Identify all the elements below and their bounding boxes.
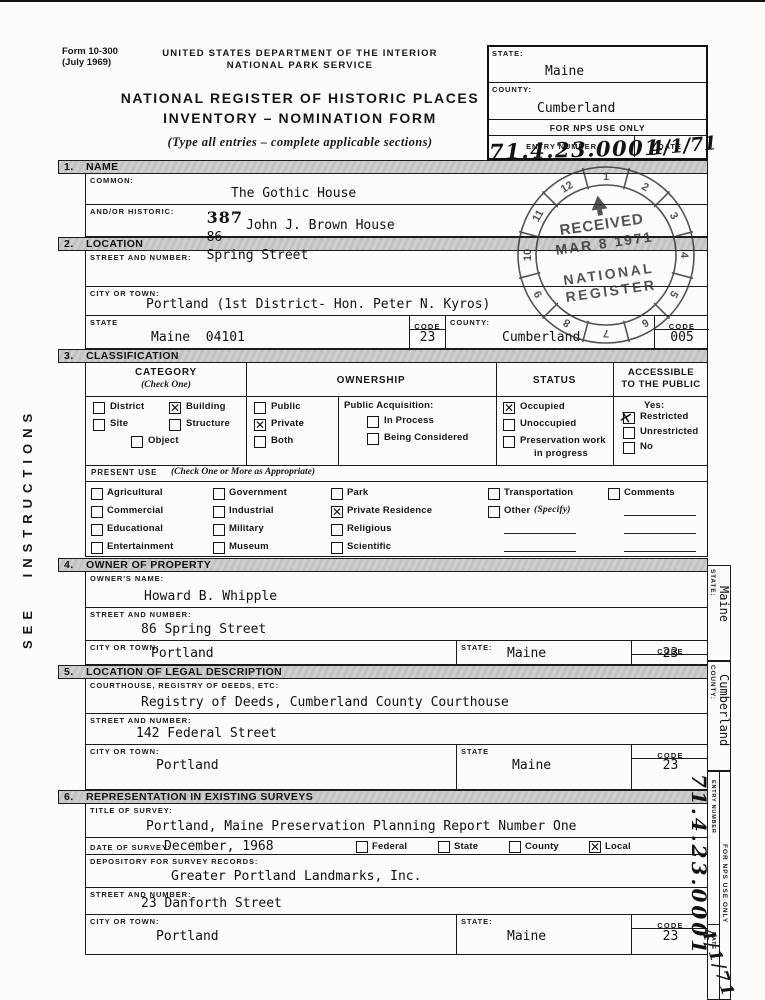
form-title-line1: NATIONAL REGISTER OF HISTORIC PLACES <box>105 88 495 108</box>
survey-state-value: Maine <box>507 929 546 944</box>
section-6-number: 6. <box>59 791 86 803</box>
owner-code-value: 23 <box>632 646 709 661</box>
owner-name-field: OWNER'S NAME: Howard B. Whipple <box>86 572 707 608</box>
legal-city-label: CITY OR TOWN: <box>90 747 159 756</box>
checkbox-government-label: Government <box>229 487 287 498</box>
section-3-number: 3. <box>59 350 86 362</box>
category-subheader: (Check One) <box>86 380 246 390</box>
section-5-number: 5. <box>59 666 86 678</box>
section-4-title: OWNER OF PROPERTY <box>86 559 211 571</box>
state-label: STATE: <box>492 49 523 58</box>
accessible-header-line2: TO THE PUBLIC <box>613 379 709 390</box>
section-3-bar: 3. CLASSIFICATION <box>58 349 708 363</box>
scan-edge-line <box>0 0 765 2</box>
courthouse-field: COURTHOUSE, REGISTRY OF DEEDS, ETC: Regi… <box>86 679 707 714</box>
form-number-block: Form 10-300 (July 1969) <box>62 46 118 68</box>
checkbox-agricultural[interactable] <box>91 488 103 500</box>
owner-state-value: Maine <box>507 646 546 661</box>
nps-county-row: COUNTY: Cumberland <box>489 83 706 120</box>
owner-city-label: CITY OR TOWN: <box>90 643 159 652</box>
checkbox-military[interactable] <box>213 524 225 536</box>
owner-street-label: STREET AND NUMBER: <box>90 610 191 619</box>
checkbox-site[interactable] <box>93 419 105 431</box>
checkbox-entertainment[interactable] <box>91 542 103 554</box>
owner-street-value: 86 Spring Street <box>141 622 266 637</box>
checkbox-agricultural-label: Agricultural <box>107 487 163 498</box>
state-code-cell: CODE 23 <box>409 316 445 348</box>
checkbox-unoccupied[interactable] <box>503 419 515 431</box>
see-instructions-margin: SEE INSTRUCTIONS <box>20 362 46 694</box>
checkbox-military-label: Military <box>229 523 264 534</box>
form-title-line2: INVENTORY – NOMINATION FORM <box>105 108 495 128</box>
entry-number-handwritten: 71.4.23.0001 <box>489 135 661 164</box>
state-label: STATE <box>90 318 118 327</box>
checkbox-industrial[interactable] <box>213 506 225 518</box>
stamp-clock-7: 7 <box>603 327 609 339</box>
checkbox-structure-label: Structure <box>186 418 230 429</box>
comments-blank-line-3[interactable] <box>624 551 696 552</box>
survey-date-label: DATE OF SURVEY: <box>90 843 171 852</box>
county-label: COUNTY: <box>492 85 532 94</box>
checkbox-federal-label: Federal <box>372 841 407 852</box>
checkbox-object-label: Object <box>148 435 179 446</box>
survey-city-value: Portland <box>156 929 219 944</box>
checkbox-object[interactable] <box>131 436 143 448</box>
legal-city-value: Portland <box>156 758 219 773</box>
county-label: COUNTY: <box>450 318 490 327</box>
checkbox-in-process-label: In Process <box>384 415 434 426</box>
checkbox-religious[interactable] <box>331 524 343 536</box>
category-header: CATEGORY <box>86 367 246 378</box>
section-5-legal: COURTHOUSE, REGISTRY OF DEEDS, ETC: Regi… <box>85 679 708 790</box>
sidebar-state-label: STATE: <box>709 569 716 596</box>
type-all-entries-note: (Type all entries – complete applicable … <box>105 135 495 150</box>
legal-city-row: CITY OR TOWN: Portland STATE Maine CODE … <box>86 745 707 790</box>
checkbox-park[interactable] <box>331 488 343 500</box>
survey-title-field: TITLE OF SURVEY: Portland, Maine Preserv… <box>86 804 707 838</box>
survey-date-value: December, 1968 <box>164 839 274 854</box>
legal-state-cell: STATE Maine <box>456 745 631 789</box>
checkbox-comments-label: Comments <box>624 487 675 498</box>
received-stamp: 1 2 3 4 5 6 7 8 9 10 11 12 RECEIVED MAR … <box>493 162 719 348</box>
state-code-value: 23 <box>410 330 445 345</box>
checkbox-private-residence[interactable] <box>331 506 343 518</box>
city-value: Portland (1st District- Hon. Peter N. Ky… <box>146 297 490 312</box>
checkbox-museum-label: Museum <box>229 541 269 552</box>
checkbox-industrial-label: Industrial <box>229 505 274 516</box>
county-value: Cumberland <box>537 101 615 116</box>
nomination-form-page: Form 10-300 (July 1969) UNITED STATES DE… <box>0 0 765 1000</box>
survey-city-row: CITY OR TOWN: Portland STATE: Maine CODE… <box>86 915 707 955</box>
checkbox-educational-label: Educational <box>107 523 163 534</box>
depository-field: DEPOSITORY FOR SURVEY RECORDS: Greater P… <box>86 855 707 888</box>
accessible-header-line1: ACCESSIBLE <box>613 367 709 378</box>
checkbox-county[interactable] <box>509 841 521 853</box>
checkbox-state[interactable] <box>438 841 450 853</box>
checkbox-public-label: Public <box>271 401 301 412</box>
checkbox-preservation-work[interactable] <box>503 436 515 448</box>
public-acquisition-label: Public Acquisition: <box>344 400 433 411</box>
checkbox-restricted[interactable] <box>623 412 635 424</box>
section-3-classification: CATEGORY (Check One) OWNERSHIP STATUS AC… <box>85 363 708 557</box>
checkbox-federal[interactable] <box>356 841 368 853</box>
stamp-clock-4: 4 <box>678 252 690 259</box>
section-2-title: LOCATION <box>86 238 143 250</box>
courthouse-label: COURTHOUSE, REGISTRY OF DEEDS, ETC: <box>90 681 279 690</box>
comments-blank-line-2[interactable] <box>624 533 696 534</box>
checkbox-district[interactable] <box>93 402 105 414</box>
owner-code-cell: CODE 23 <box>631 641 709 664</box>
nps-state-row: STATE: Maine <box>489 47 706 83</box>
checkbox-unrestricted[interactable] <box>623 427 635 439</box>
form-number: Form 10-300 <box>62 46 118 57</box>
checkbox-unrestricted-label: Unrestricted <box>640 426 698 437</box>
checkbox-government[interactable] <box>213 488 225 500</box>
stamp-clock-6: 6 <box>639 316 650 329</box>
checkbox-both[interactable] <box>254 436 266 448</box>
owner-name-label: OWNER'S NAME: <box>90 574 164 583</box>
present-use-sublabel: (Check One or More as Appropriate) <box>171 467 315 477</box>
survey-title-label: TITLE OF SURVEY: <box>90 806 172 815</box>
checkbox-in-process[interactable] <box>367 416 379 428</box>
state-value: Maine 04101 <box>151 330 245 345</box>
historic-name-label: AND/OR HISTORIC: <box>90 207 174 216</box>
checkbox-local[interactable] <box>589 841 601 853</box>
stamp-clock-3: 3 <box>667 210 680 221</box>
survey-date-row: DATE OF SURVEY: December, 1968 Federal S… <box>86 838 707 855</box>
stamp-clock-8: 8 <box>561 316 572 329</box>
street-name-value: Spring Street <box>207 248 309 263</box>
checkbox-building-label: Building <box>186 401 226 412</box>
checkbox-comments[interactable] <box>608 488 620 500</box>
present-use-label: PRESENT USE <box>91 468 157 477</box>
checkbox-scientific-label: Scientific <box>347 541 391 552</box>
survey-street-field: STREET AND NUMBER: 23 Danforth Street <box>86 888 707 915</box>
checkbox-restricted-label: Restricted <box>640 411 688 422</box>
checkbox-being-considered-label: Being Considered <box>384 432 469 443</box>
checkbox-public[interactable] <box>254 402 266 414</box>
survey-title-value: Portland, Maine Preservation Planning Re… <box>146 819 576 834</box>
checkbox-private-residence-label: Private Residence <box>347 505 432 516</box>
checkbox-other[interactable] <box>488 506 500 518</box>
checkbox-entertainment-label: Entertainment <box>107 541 173 552</box>
checkbox-transportation[interactable] <box>488 488 500 500</box>
street-number-struck: 86 <box>207 230 223 245</box>
stamp-clock-5: 5 <box>667 288 680 299</box>
sidebar-date-handwritten: 4/1/71 <box>697 926 738 1000</box>
agency-block: UNITED STATES DEPARTMENT OF THE INTERIOR… <box>130 48 470 72</box>
checkbox-religious-label: Religious <box>347 523 392 534</box>
owner-street-field: STREET AND NUMBER: 86 Spring Street <box>86 608 707 641</box>
checkbox-commercial-label: Commercial <box>107 505 163 516</box>
checkbox-unoccupied-label: Unoccupied <box>520 418 576 429</box>
owner-name-value: Howard B. Whipple <box>144 589 277 604</box>
checkbox-other-specify-note: (Specify) <box>534 505 571 515</box>
checkbox-occupied-label: Occupied <box>520 401 565 412</box>
legal-street-field: STREET AND NUMBER: 142 Federal Street <box>86 714 707 745</box>
checkbox-private-label: Private <box>271 418 304 429</box>
checkbox-preservation-work-label2: in progress <box>534 448 588 459</box>
checkbox-commercial[interactable] <box>91 506 103 518</box>
depository-label: DEPOSITORY FOR SURVEY RECORDS: <box>90 857 258 866</box>
legal-state-label: STATE <box>461 747 489 756</box>
survey-street-value: 23 Danforth Street <box>141 896 282 911</box>
legal-code-value: 23 <box>632 758 709 773</box>
form-revision: (July 1969) <box>62 57 118 68</box>
legal-street-label: STREET AND NUMBER: <box>90 716 191 725</box>
depository-value: Greater Portland Landmarks, Inc. <box>171 869 421 884</box>
section-4-owner: OWNER'S NAME: Howard B. Whipple STREET A… <box>85 572 708 665</box>
legal-street-value: 142 Federal Street <box>136 726 277 741</box>
stamp-arrow-icon <box>590 194 608 210</box>
section-4-number: 4. <box>59 559 86 571</box>
checkbox-educational[interactable] <box>91 524 103 536</box>
checkbox-no[interactable] <box>623 442 635 454</box>
owner-state-cell: STATE: Maine <box>456 641 631 664</box>
sidebar-county-value: Cumberland <box>717 674 731 746</box>
sidebar-state-value: Maine <box>717 586 731 622</box>
survey-city-label: CITY OR TOWN: <box>90 917 159 926</box>
ownership-header: OWNERSHIP <box>246 375 496 386</box>
checkbox-museum[interactable] <box>213 542 225 554</box>
courthouse-value: Registry of Deeds, Cumberland County Cou… <box>141 695 509 710</box>
for-nps-use-only: FOR NPS USE ONLY <box>489 120 706 136</box>
survey-state-label: STATE: <box>461 917 492 926</box>
other-blank-line-2[interactable] <box>504 551 576 552</box>
accessible-yes-label: Yes: <box>644 400 664 411</box>
section-1-title: NAME <box>86 161 119 173</box>
section-2-number: 2. <box>59 238 86 250</box>
section-5-bar: 5. LOCATION OF LEGAL DESCRIPTION <box>58 665 708 679</box>
form-title-block: NATIONAL REGISTER OF HISTORIC PLACES INV… <box>105 88 495 128</box>
section-3-title: CLASSIFICATION <box>86 350 179 362</box>
status-header: STATUS <box>496 375 613 386</box>
common-name-label: COMMON: <box>90 176 134 185</box>
checkbox-no-label: No <box>640 441 653 452</box>
owner-city-value: Portland <box>151 646 214 661</box>
checkbox-district-label: District <box>110 401 144 412</box>
checkbox-local-label: Local <box>605 841 631 852</box>
sidebar-county-box: COUNTY: Cumberland <box>707 661 731 771</box>
sidebar-county-label: COUNTY: <box>709 665 716 700</box>
section-6-bar: 6. REPRESENTATION IN EXISTING SURVEYS <box>58 790 708 804</box>
sidebar-state-box: STATE: Maine <box>707 565 731 661</box>
section-6-surveys: TITLE OF SURVEY: Portland, Maine Preserv… <box>85 804 708 955</box>
checkbox-structure[interactable] <box>169 419 181 431</box>
other-blank-line-1[interactable] <box>504 533 576 534</box>
checkbox-transportation-label: Transportation <box>504 487 573 498</box>
state-value: Maine <box>545 64 584 79</box>
service-line: NATIONAL PARK SERVICE <box>130 60 470 72</box>
department-line: UNITED STATES DEPARTMENT OF THE INTERIOR <box>130 48 470 60</box>
comments-blank-line-1[interactable] <box>624 515 696 516</box>
owner-state-label: STATE: <box>461 643 492 652</box>
stamp-clock-1: 1 <box>603 171 609 183</box>
stamp-clock-10: 10 <box>522 249 534 261</box>
street-number-handwritten: 387 <box>207 208 243 227</box>
stamp-clock-2: 2 <box>639 181 650 194</box>
checkbox-park-label: Park <box>347 487 368 498</box>
section-5-title: LOCATION OF LEGAL DESCRIPTION <box>86 666 282 678</box>
checkbox-scientific[interactable] <box>331 542 343 554</box>
checkbox-being-considered[interactable] <box>367 433 379 445</box>
checkbox-other-label: Other <box>504 505 530 516</box>
stamp-clock-9: 9 <box>532 288 545 299</box>
section-6-title: REPRESENTATION IN EXISTING SURVEYS <box>86 791 313 803</box>
checkbox-county-label: County <box>525 841 559 852</box>
section-4-bar: 4. OWNER OF PROPERTY <box>58 558 708 572</box>
checkbox-occupied[interactable] <box>503 402 515 414</box>
survey-state-cell: STATE: Maine <box>456 915 631 954</box>
checkbox-site-label: Site <box>110 418 128 429</box>
checkbox-preservation-work-label: Preservation work <box>520 435 606 446</box>
checkbox-private[interactable] <box>254 419 266 431</box>
checkbox-state-label: State <box>454 841 478 852</box>
checkbox-both-label: Both <box>271 435 293 446</box>
sidebar-nps-only-label: FOR NPS USE ONLY <box>721 844 728 923</box>
section-1-number: 1. <box>59 161 86 173</box>
owner-city-row: CITY OR TOWN: Portland STATE: Maine CODE… <box>86 641 707 665</box>
checkbox-building[interactable] <box>169 402 181 414</box>
legal-state-value: Maine <box>512 758 551 773</box>
